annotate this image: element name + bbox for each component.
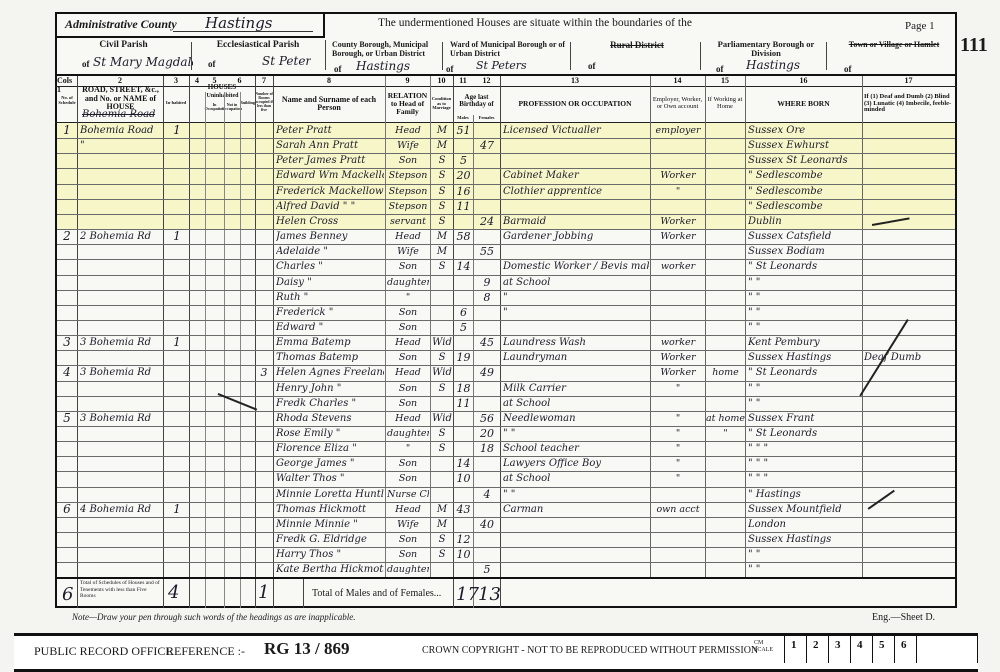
infirmity-cell	[864, 441, 954, 456]
condition-cell	[431, 290, 453, 305]
where-born-cell: " St Leonards	[748, 426, 860, 441]
occupation-cell	[503, 365, 649, 380]
employer-cell	[652, 305, 704, 320]
infirmity-cell	[864, 517, 954, 532]
where-born-cell: Sussex Frant	[748, 411, 860, 426]
col-num: 17	[862, 76, 955, 85]
header-condition: Condition as to Marriage	[430, 87, 453, 121]
infirmity-cell	[864, 199, 954, 214]
male-age-cell	[454, 365, 473, 380]
rooms-cell	[256, 229, 272, 244]
rooms-cell	[256, 184, 272, 199]
relation-cell: servant	[387, 214, 429, 229]
employer-cell	[652, 396, 704, 411]
male-age-cell	[454, 411, 473, 426]
at-home-cell	[706, 396, 745, 411]
footer-scale-label: CM SCALE	[754, 640, 776, 654]
condition-cell: M	[431, 244, 453, 259]
schedule-cell: 1	[58, 123, 76, 138]
inhabited-cell	[166, 214, 188, 229]
inhabited-cell	[166, 305, 188, 320]
schedule-cell: 3	[58, 335, 76, 350]
relation-cell: Head	[387, 411, 429, 426]
rooms-cell	[256, 426, 272, 441]
road-cell	[80, 214, 162, 229]
header-rooms: Number of Rooms occupied if less than fi…	[255, 88, 273, 116]
female-age-cell: 20	[474, 426, 500, 441]
employer-cell: "	[652, 441, 704, 456]
schedule-cell	[58, 244, 76, 259]
condition-cell: M	[431, 502, 453, 517]
infirmity-cell	[864, 396, 954, 411]
occupation-cell	[503, 547, 649, 562]
col-num: 12	[473, 76, 500, 85]
divider	[700, 42, 701, 70]
at-home-cell: home	[706, 365, 745, 380]
male-age-cell	[454, 441, 473, 456]
occupation-cell: Milk Carrier	[503, 381, 649, 396]
condition-cell: M	[431, 229, 453, 244]
at-home-cell	[706, 305, 745, 320]
male-age-cell: 10	[454, 547, 473, 562]
name-cell: Peter Pratt	[276, 123, 384, 138]
schedule-cell	[58, 305, 76, 320]
where-born-cell: Sussex Ewhurst	[748, 138, 860, 153]
condition-cell: S	[431, 426, 453, 441]
infirmity-cell	[864, 335, 954, 350]
schedule-cell	[58, 168, 76, 183]
rooms-cell	[256, 153, 272, 168]
col-num: 11	[453, 76, 473, 85]
col-num: 7	[255, 76, 273, 85]
field-parliamentary-borough: Parliamentary Borough or Division of Has…	[706, 40, 826, 74]
road-cell	[80, 562, 162, 577]
relation-cell: Head	[387, 335, 429, 350]
field-prefix: of	[82, 59, 90, 69]
at-home-cell	[706, 153, 745, 168]
rooms-cell: 3	[256, 365, 272, 380]
condition-cell: Wid	[431, 365, 453, 380]
condition-cell: S	[431, 214, 453, 229]
road-cell	[80, 381, 162, 396]
infirmity-cell	[864, 275, 954, 290]
female-age-cell	[474, 123, 500, 138]
where-born-cell: " " "	[748, 471, 860, 486]
occupation-cell	[503, 532, 649, 547]
where-born-cell: " "	[748, 381, 860, 396]
occupation-cell: " "	[503, 426, 649, 441]
name-cell: Helen Cross	[276, 214, 384, 229]
male-age-cell: 43	[454, 502, 473, 517]
rooms-cell	[256, 502, 272, 517]
rooms-cell	[256, 123, 272, 138]
inhabited-cell	[166, 275, 188, 290]
condition-cell	[431, 562, 453, 577]
female-age-cell: 24	[474, 214, 500, 229]
road-cell: 2 Bohemia Rd	[80, 229, 162, 244]
inhabited-cell: 1	[166, 335, 188, 350]
where-born-cell: " Hastings	[748, 487, 860, 502]
occupation-cell	[503, 199, 649, 214]
rooms-cell	[256, 290, 272, 305]
occupation-cell: Cabinet Maker	[503, 168, 649, 183]
male-age-cell	[454, 487, 473, 502]
inhabited-cell	[166, 259, 188, 274]
rooms-cell	[256, 275, 272, 290]
condition-cell	[431, 275, 453, 290]
occupation-cell: at School	[503, 396, 649, 411]
male-age-cell	[454, 562, 473, 577]
female-age-cell: 40	[474, 517, 500, 532]
header-inhabited: In-habited	[163, 96, 189, 110]
relation-cell: Wife	[387, 244, 429, 259]
road-cell	[80, 320, 162, 335]
relation-cell: Son	[387, 320, 429, 335]
at-home-cell	[706, 441, 745, 456]
infirmity-cell	[864, 305, 954, 320]
inhabited-cell	[166, 396, 188, 411]
where-born-cell: " "	[748, 562, 860, 577]
at-home-cell	[706, 532, 745, 547]
female-age-cell	[474, 199, 500, 214]
schedule-cell	[58, 456, 76, 471]
name-cell: Fredk Charles "	[276, 396, 384, 411]
where-born-cell: " "	[748, 320, 860, 335]
schedule-cell	[58, 396, 76, 411]
footer-reference-value: RG 13 / 869	[264, 639, 349, 659]
infirmity-cell	[864, 229, 954, 244]
male-age-cell: 5	[454, 320, 473, 335]
infirmity-cell	[864, 244, 954, 259]
employer-cell: own acct	[652, 502, 704, 517]
col-num: 2	[77, 76, 163, 85]
underline	[173, 31, 313, 32]
employer-cell: Worker	[652, 365, 704, 380]
where-born-cell: " " "	[748, 441, 860, 456]
condition-cell: S	[431, 259, 453, 274]
where-born-cell: " St Leonards	[748, 259, 860, 274]
field-value: Hastings	[746, 58, 800, 72]
totals-divider	[55, 577, 957, 579]
col-num: 8	[273, 76, 385, 85]
condition-cell: M	[431, 123, 453, 138]
schedule-cell	[58, 153, 76, 168]
condition-cell: S	[431, 381, 453, 396]
schedule-cell	[58, 441, 76, 456]
employer-cell: "	[652, 411, 704, 426]
occupation-cell: Laundryman	[503, 350, 649, 365]
footer-reference-label: REFERENCE :-	[166, 644, 245, 659]
male-age-cell	[454, 275, 473, 290]
field-prefix: of	[446, 64, 454, 74]
header-age: Age last Birthday of	[453, 87, 500, 115]
where-born-cell: " " "	[748, 456, 860, 471]
occupation-cell: Clothier apprentice	[503, 184, 649, 199]
relation-cell: Head	[387, 365, 429, 380]
male-age-cell: 20	[454, 168, 473, 183]
field-label: County Borough, Municipal Borough, or Ur…	[326, 40, 436, 58]
male-age-cell: 14	[454, 456, 473, 471]
name-cell: Henry John "	[276, 381, 384, 396]
female-age-cell: 8	[474, 290, 500, 305]
at-home-cell	[706, 275, 745, 290]
occupation-cell: Barmaid	[503, 214, 649, 229]
name-cell: Ruth "	[276, 290, 384, 305]
name-cell: George James "	[276, 456, 384, 471]
rooms-cell	[256, 138, 272, 153]
condition-cell: S	[431, 532, 453, 547]
header-at-home: If Working at Home	[705, 87, 745, 121]
header-males: Males	[453, 115, 473, 122]
employer-cell	[652, 244, 704, 259]
occupation-cell	[503, 320, 649, 335]
female-age-cell	[474, 153, 500, 168]
field-county-borough: County Borough, Municipal Borough, or Ur…	[326, 40, 436, 74]
administrative-county-value: Hastings	[205, 14, 273, 32]
rooms-cell	[256, 199, 272, 214]
boundaries-text: The undermentioned Houses are situate wi…	[378, 17, 692, 29]
road-cell	[80, 487, 162, 502]
employer-cell	[652, 153, 704, 168]
name-cell: Thomas Batemp	[276, 350, 384, 365]
at-home-cell	[706, 547, 745, 562]
at-home-cell	[706, 259, 745, 274]
female-age-cell	[474, 381, 500, 396]
schedule-cell	[58, 199, 76, 214]
name-cell: Emma Batemp	[276, 335, 384, 350]
name-cell: Rose Emily "	[276, 426, 384, 441]
relation-cell: Head	[387, 123, 429, 138]
col-num: 14	[650, 76, 705, 85]
condition-cell: S	[431, 350, 453, 365]
relation-cell: Son	[387, 532, 429, 547]
where-born-cell: " "	[748, 396, 860, 411]
male-age-cell: 11	[454, 396, 473, 411]
female-age-cell: 9	[474, 275, 500, 290]
condition-cell: S	[431, 441, 453, 456]
inhabited-cell: 1	[166, 229, 188, 244]
name-cell: Edward Wm Mackellow	[276, 168, 384, 183]
field-label: Rural District	[572, 40, 702, 50]
field-prefix: of	[844, 64, 852, 74]
totals-schedules: 6	[62, 584, 73, 605]
inhabited-cell	[166, 350, 188, 365]
where-born-cell: " St Leonards	[748, 365, 860, 380]
employer-cell	[652, 138, 704, 153]
infirmity-cell	[864, 259, 954, 274]
name-cell: Edward "	[276, 320, 384, 335]
infirmity-cell	[864, 532, 954, 547]
at-home-cell	[706, 123, 745, 138]
schedule-cell	[58, 471, 76, 486]
road-cell	[80, 471, 162, 486]
inhabited-cell	[166, 365, 188, 380]
relation-cell: Son	[387, 547, 429, 562]
occupation-cell: School teacher	[503, 441, 649, 456]
employer-cell: "	[652, 471, 704, 486]
schedule-cell: 2	[58, 229, 76, 244]
relation-cell: Son	[387, 153, 429, 168]
road-cell	[80, 199, 162, 214]
scale-end	[916, 636, 978, 663]
scale-mark: 5	[872, 636, 894, 663]
inhabited-cell	[166, 441, 188, 456]
at-home-cell	[706, 456, 745, 471]
road-cell	[80, 259, 162, 274]
occupation-cell	[503, 153, 649, 168]
inhabited-cell	[166, 199, 188, 214]
inhabited-cell	[166, 138, 188, 153]
infirmity-cell	[864, 290, 954, 305]
scale-mark: 3	[828, 636, 850, 663]
relation-cell: daughter	[387, 426, 429, 441]
where-born-cell: " "	[748, 305, 860, 320]
inhabited-cell	[166, 517, 188, 532]
at-home-cell	[706, 335, 745, 350]
at-home-cell	[706, 199, 745, 214]
male-age-cell	[454, 426, 473, 441]
header-name: Name and Surname of each Person	[273, 87, 385, 121]
infirmity-cell	[864, 547, 954, 562]
schedule-cell	[58, 290, 76, 305]
rooms-cell	[256, 396, 272, 411]
divider	[191, 42, 192, 70]
condition-cell: S	[431, 184, 453, 199]
schedule-cell	[58, 259, 76, 274]
field-rural-district: Rural District of	[572, 40, 702, 74]
relation-cell: Wife	[387, 517, 429, 532]
rooms-cell	[256, 335, 272, 350]
at-home-cell	[706, 184, 745, 199]
at-home-cell	[706, 320, 745, 335]
male-age-cell	[454, 290, 473, 305]
name-cell: Peter James Pratt	[276, 153, 384, 168]
female-age-cell	[474, 305, 500, 320]
occupation-cell: Licensed Victualler	[503, 123, 649, 138]
female-age-cell	[474, 471, 500, 486]
road-cell	[80, 441, 162, 456]
road-cell	[80, 350, 162, 365]
where-born-cell: " "	[748, 547, 860, 562]
relation-cell: "	[387, 290, 429, 305]
totals-inhabited: 4	[168, 582, 179, 603]
female-age-cell	[474, 259, 500, 274]
road-cell: Bohemia Road	[80, 123, 162, 138]
relation-cell: Son	[387, 381, 429, 396]
occupation-cell	[503, 138, 649, 153]
condition-cell	[431, 320, 453, 335]
relation-cell: daughter	[387, 562, 429, 577]
col-num: 13	[500, 76, 650, 85]
rooms-cell	[256, 532, 272, 547]
road-cell	[80, 275, 162, 290]
header-uninhabited-group: Uninhabited	[205, 92, 240, 100]
sheet-label: Eng.—Sheet D.	[872, 612, 935, 623]
name-cell: Fredk G. Eldridge	[276, 532, 384, 547]
scale-mark: 4	[850, 636, 872, 663]
header-not-in-occupation: Not in Occupation	[224, 100, 240, 114]
road-cell	[80, 244, 162, 259]
employer-cell: "	[652, 456, 704, 471]
name-cell: Helen Agnes Freeland	[276, 365, 384, 380]
schedule-cell	[58, 426, 76, 441]
col-num: 10	[430, 76, 453, 85]
condition-cell: Wid	[431, 411, 453, 426]
where-born-cell: Kent Pembury	[748, 335, 860, 350]
totals-schedules-label: Total of Schedules of Houses and of Tene…	[80, 580, 162, 600]
relation-cell: daughter	[387, 275, 429, 290]
name-cell: Rhoda Stevens	[276, 411, 384, 426]
road-cell	[80, 532, 162, 547]
employer-cell: "	[652, 426, 704, 441]
header-where-born: WHERE BORN	[745, 87, 862, 121]
schedule-cell	[58, 275, 76, 290]
scale-mark: 2	[806, 636, 828, 663]
name-cell: Daisy "	[276, 275, 384, 290]
rooms-cell	[256, 441, 272, 456]
divider	[570, 42, 571, 70]
occupation-cell: at School	[503, 275, 649, 290]
schedule-cell: 6	[58, 502, 76, 517]
name-cell: Frederick Mackellow	[276, 184, 384, 199]
infirmity-cell	[864, 381, 954, 396]
male-age-cell: 5	[454, 153, 473, 168]
totals-males: 17	[456, 584, 479, 605]
at-home-cell	[706, 487, 745, 502]
occupation-cell: at School	[503, 471, 649, 486]
condition-cell: M	[431, 517, 453, 532]
name-cell: Adelaide "	[276, 244, 384, 259]
occupation-cell: Carman	[503, 502, 649, 517]
relation-cell: "	[387, 441, 429, 456]
male-age-cell: 16	[454, 184, 473, 199]
at-home-cell	[706, 562, 745, 577]
rooms-cell	[256, 487, 272, 502]
employer-cell	[652, 547, 704, 562]
schedule-cell: 4	[58, 365, 76, 380]
employer-cell: Worker	[652, 214, 704, 229]
road-cell: "	[80, 138, 162, 153]
female-age-cell	[474, 547, 500, 562]
relation-cell: Son	[387, 350, 429, 365]
inhabited-cell	[166, 471, 188, 486]
female-age-cell	[474, 320, 500, 335]
female-age-cell	[474, 396, 500, 411]
male-age-cell: 19	[454, 350, 473, 365]
administrative-county-label: Administrative County	[65, 17, 177, 32]
rooms-cell	[256, 168, 272, 183]
employer-cell	[652, 199, 704, 214]
col-num: 15	[705, 76, 745, 85]
footer-copyright: CROWN COPYRIGHT - NOT TO BE REPRODUCED W…	[422, 645, 758, 656]
where-born-cell: Dublin	[748, 214, 860, 229]
field-value: St Mary Magdalen	[93, 55, 193, 69]
where-born-cell: Sussex St Leonards	[748, 153, 860, 168]
divider	[325, 40, 326, 70]
rooms-cell	[256, 259, 272, 274]
occupation-cell: Domestic Worker / Bevis maker	[503, 259, 649, 274]
at-home-cell	[706, 138, 745, 153]
road-cell	[80, 168, 162, 183]
administrative-county-box: Administrative County Hastings	[55, 12, 325, 38]
infirmity-cell	[864, 320, 954, 335]
male-age-cell: 12	[454, 532, 473, 547]
road-cell	[80, 184, 162, 199]
schedule-cell	[58, 562, 76, 577]
road-cell	[80, 547, 162, 562]
field-value: St Peters	[476, 59, 527, 72]
employer-cell	[652, 532, 704, 547]
